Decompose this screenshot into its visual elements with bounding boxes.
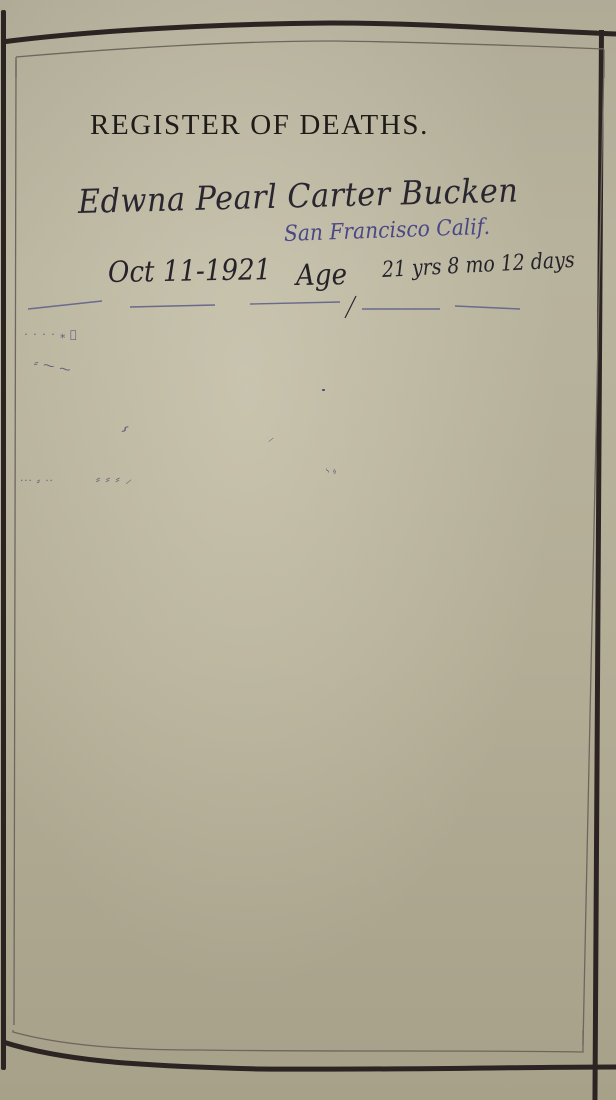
frame-border-bottom <box>0 1030 616 1070</box>
ink-offset-mark: ⸝ <box>268 430 275 445</box>
page-title: REGISTER OF DEATHS. <box>90 109 530 142</box>
ink-speck <box>322 389 325 391</box>
ink-offset-mark: ⸗ ⸗ ⸗ ⸝ <box>96 470 132 487</box>
age-label: Age <box>296 257 348 292</box>
ruled-lines <box>0 290 616 320</box>
ink-offset-mark: · · · · ⁎ ﾞ <box>24 328 78 341</box>
date-of-death: Oct 11-1921 <box>108 252 272 289</box>
ink-offset-mark: ··· ⸗ ·· <box>20 476 54 487</box>
frame-border-top <box>0 18 616 58</box>
register-page: REGISTER OF DEATHS. Edwna Pearl Carter B… <box>0 0 616 1100</box>
